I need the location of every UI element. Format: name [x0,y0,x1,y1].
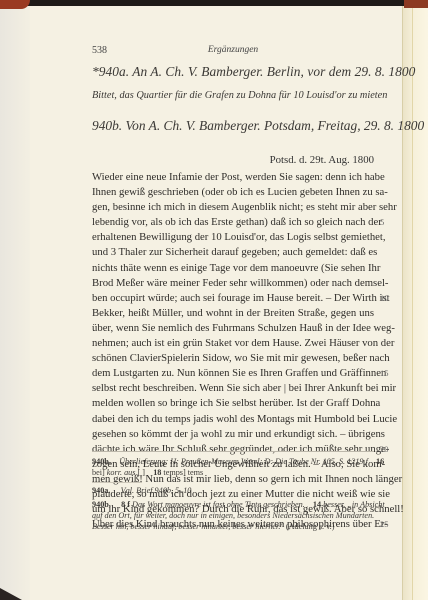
apparatus-text: Überlieferung: H: Preußen-Museum Wesel; … [119,457,368,466]
apparatus-siglum: 940a. [92,486,110,495]
letter-a-heading: *940a. An A. Ch. V. Bamberger. Berlin, v… [92,64,415,80]
body-line: schönen ClavierSpielerin Sidow, wo Sie m… [92,351,374,366]
body-line: selbst recht beschreiben. Wenn Sie sich … [92,381,374,396]
apparatus-text: besser, „in Absicht [323,500,385,509]
apparatus-subdivider [92,482,142,483]
body-line: lebendig vor, als ob ich das Erste getha… [92,215,374,230]
body-line: nichts thäte wenn es einige Tage vor dem… [92,261,374,276]
gutter-fold-line [412,5,413,600]
apparatus-note: korr. aus [107,468,136,477]
book-cover-red-edge-right [404,0,428,8]
apparatus-text: Das Wort manoeuvre ist fast ohne Tinte g… [132,500,305,509]
apparatus-entry-3-line-1: 940b. 8 f Das Wort manoeuvre ist fast oh… [92,500,374,509]
line-number: 5 [380,217,384,227]
apparatus-entry-2: 940a. Vgl. Brief 940b, 5–10 [92,486,374,495]
apparatus-line-ref: 18 [153,468,161,477]
apparatus-entry-3-line-3: Besser hin, besser hinauf, besser hinunt… [92,522,374,531]
apparatus-entry-1-line-1: 940b. Überlieferung: H: Preußen-Museum W… [92,457,374,466]
body-line: gen, besinne ich mich in diesem Augenbli… [92,200,374,215]
apparatus-lemma: bei] [92,468,105,477]
apparatus-entry-3-line-2: auf den Ort, für weiter, doch nur in ein… [92,511,374,520]
body-line: dächte ich wäre Ihr Schluß sehr gegründe… [92,442,374,457]
book-gutter [402,5,428,600]
running-head: Ergänzungen [92,45,374,55]
letter-b-dateline: Potsd. d. 29t. Aug. 1800 [92,154,374,166]
body-line: melden wollen so bringe ich Sie selbst h… [92,396,374,411]
body-line: Bekker, heißt Müller, und wohnt in der B… [92,306,374,321]
apparatus-line-ref: 8 f [121,500,130,509]
body-line: Brod Meßer wäre meiner Feder sehr willko… [92,276,374,291]
body-line: Wieder eine neue Infamie der Post, werde… [92,170,374,185]
line-number: 20 [380,444,389,454]
apparatus-entry-1-line-2: bei] korr. aus [ ] 18 temps] tems [92,468,374,477]
body-line: und 3 Thaler zur Sicherheit darauf gegeb… [92,245,374,260]
body-line: dabei den ich du temps jadis wohl des Mo… [92,412,374,427]
body-line: gesehen so kömmt der ja wohl zu mir und … [92,427,374,442]
apparatus-reading: [ ] [138,468,146,477]
body-line: nehmen; auch ist ein grün Staket vor dem… [92,336,374,351]
body-line: dem Lustgarten zu. Nun können Sie es Ihr… [92,366,374,381]
book-cover-top-edge [0,0,428,6]
body-line: Ihnen gewiß geschrieben (oder ob ich es … [92,185,374,200]
apparatus-line-ref: 14 [313,500,321,509]
apparatus-text: Besser hin, besser hinauf, besser hinunt… [92,522,284,531]
letter-b-heading: 940b. Von A. Ch. V. Bamberger. Potsdam, … [92,118,424,134]
apparatus-siglum: 940b. [92,500,111,509]
apparatus-text: Vgl. Brief 940b, 5–10 [121,486,192,495]
apparatus-source: (Adelung s. v.) [286,522,335,531]
letter-a-summary: Bittet, das Quartier für die Grafen zu D… [92,90,387,101]
line-number: 25 [380,519,389,529]
line-number: 15 [380,368,389,378]
apparatus-divider [92,451,374,452]
letter-b-body: Wieder eine neue Infamie der Post, werde… [92,170,374,532]
apparatus-siglum: 940b. [92,457,111,466]
book-cover-red-edge-left [0,0,30,9]
body-line: erhaltenen Bewilligung der 10 Louisd'or,… [92,230,374,245]
page-edge-shadow [0,6,30,600]
body-line: ben occupirt würde; auch sei fourage im … [92,291,374,306]
apparatus-lemma: temps] tems [163,468,203,477]
apparatus-line-ref: 16 [376,457,384,466]
apparatus-text: auf den Ort, für weiter, doch nur in ein… [92,511,374,520]
body-line: über, wenn Sie nemlich des Fuhrmans Schu… [92,321,374,336]
line-number: 10 [380,293,389,303]
